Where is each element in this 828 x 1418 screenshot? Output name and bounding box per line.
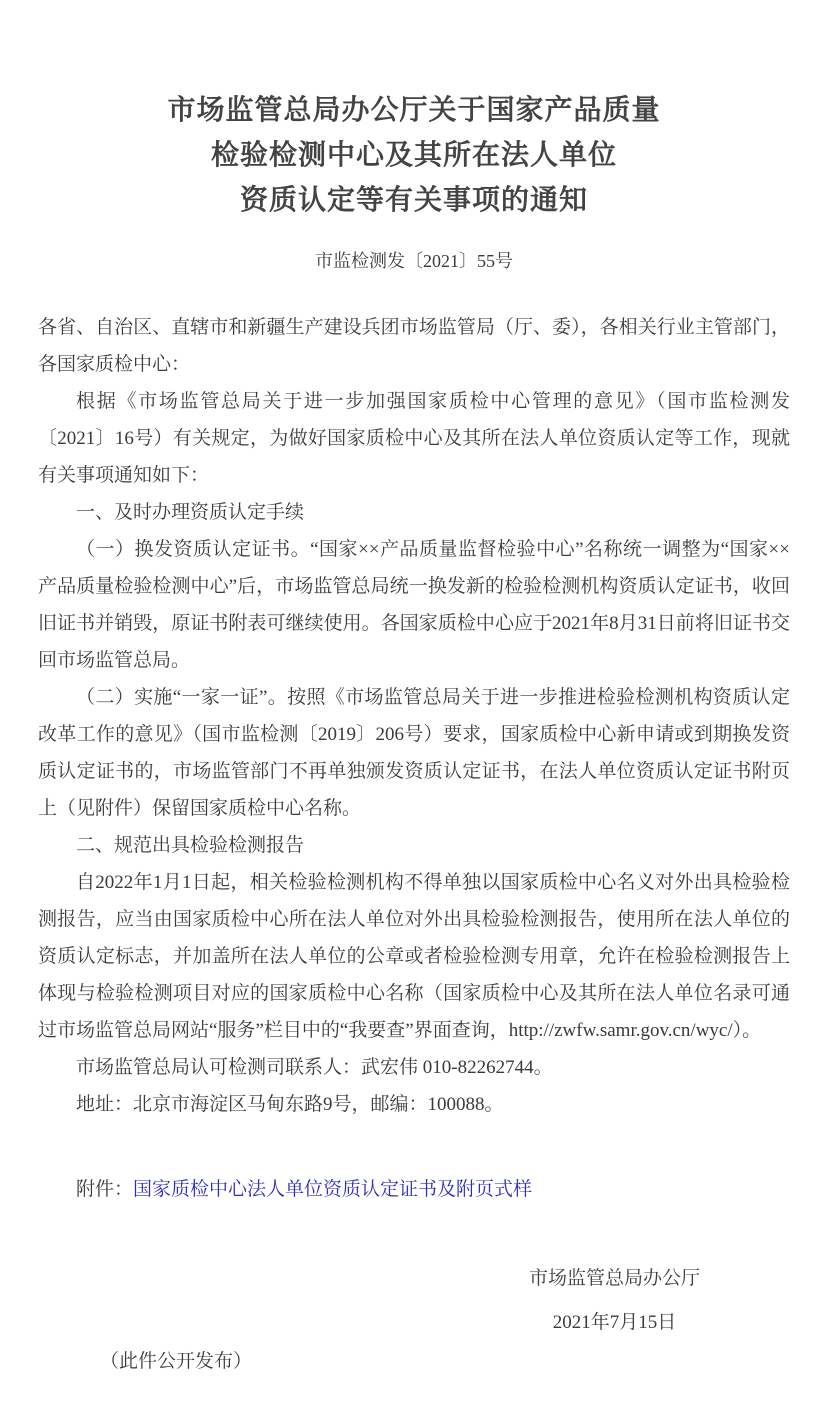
section-1-item-2: （二）实施“一家一证”。按照《市场监管总局关于进一步推进检验检测机构资质认定改革… — [38, 679, 790, 827]
title-line-2: 检验检测中心及其所在法人单位 — [211, 140, 617, 171]
document-number: 市监检测发〔2021〕55号 — [38, 249, 790, 273]
attachment-row: 附件：国家质检中心法人单位资质认定证书及附页式样 — [38, 1171, 790, 1208]
contact-line: 市场监管总局认可检测司联系人：武宏伟 010-82262744。 — [38, 1049, 790, 1086]
signature-inner: 市场监管总局办公厅 2021年7月15日 — [529, 1260, 700, 1341]
issuer-name: 市场监管总局办公厅 — [529, 1260, 700, 1297]
page-title: 市场监管总局办公厅关于国家产品质量 检验检测中心及其所在法人单位 资质认定等有关… — [38, 88, 790, 223]
title-line-3: 资质认定等有关事项的通知 — [240, 185, 588, 216]
notice-document: 市场监管总局办公厅关于国家产品质量 检验检测中心及其所在法人单位 资质认定等有关… — [0, 0, 828, 1418]
section-2-heading: 二、规范出具检验检测报告 — [38, 827, 790, 864]
public-release-note: （此件公开发布） — [38, 1343, 790, 1380]
signature-block: 市场监管总局办公厅 2021年7月15日 — [38, 1260, 790, 1341]
issue-date: 2021年7月15日 — [529, 1304, 700, 1341]
section-1-item-1: （一）换发资质认定证书。“国家××产品质量监督检验中心”名称统一调整为“国家××… — [38, 531, 790, 679]
section-2-paragraph: 自2022年1月1日起，相关检验检测机构不得单独以国家质检中心名义对外出具检验检… — [38, 864, 790, 1049]
address-line: 地址：北京市海淀区马甸东路9号，邮编：100088。 — [38, 1086, 790, 1123]
title-line-1: 市场监管总局办公厅关于国家产品质量 — [167, 95, 660, 126]
attachment-link[interactable]: 国家质检中心法人单位资质认定证书及附页式样 — [133, 1179, 532, 1200]
salutation: 各省、自治区、直辖市和新疆生产建设兵团市场监管局（厅、委），各相关行业主管部门，… — [38, 309, 790, 383]
section-1-heading: 一、及时办理资质认定手续 — [38, 494, 790, 531]
document-body: 各省、自治区、直辖市和新疆生产建设兵团市场监管局（厅、委），各相关行业主管部门，… — [38, 309, 790, 1380]
intro-paragraph: 根据《市场监管总局关于进一步加强国家质检中心管理的意见》（国市监检测发〔2021… — [38, 383, 790, 494]
attachment-label: 附件： — [76, 1179, 133, 1200]
